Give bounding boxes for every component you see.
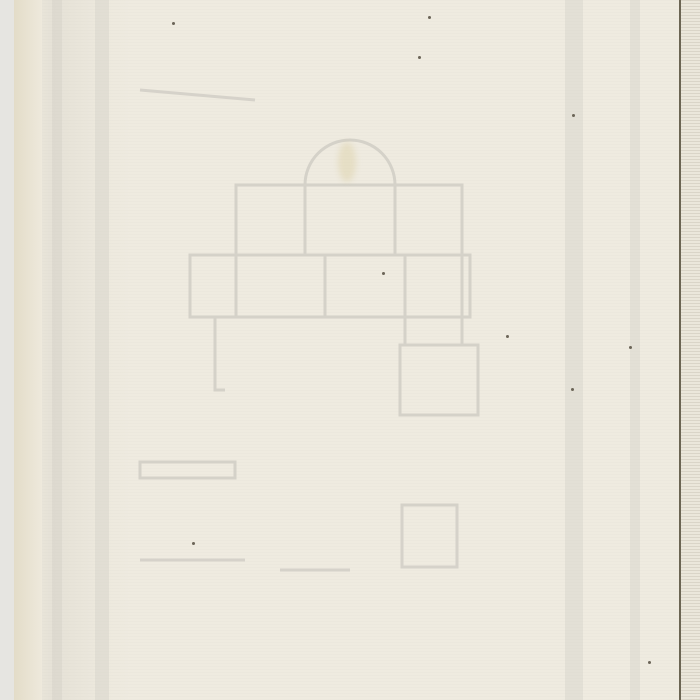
scanned-page-view [0, 0, 700, 700]
dust-speck [418, 56, 421, 59]
dust-speck [172, 22, 175, 25]
adjacent-page-edges [681, 0, 700, 700]
dust-speck [192, 542, 195, 545]
dust-speck [572, 114, 575, 117]
dust-speck [382, 272, 385, 275]
dust-speck [506, 335, 509, 338]
dust-speck [629, 346, 632, 349]
dust-speck [571, 388, 574, 391]
floor-plan-show-through [0, 0, 700, 700]
foxing-stain [338, 142, 356, 182]
dust-speck [428, 16, 431, 19]
dust-speck [648, 661, 651, 664]
